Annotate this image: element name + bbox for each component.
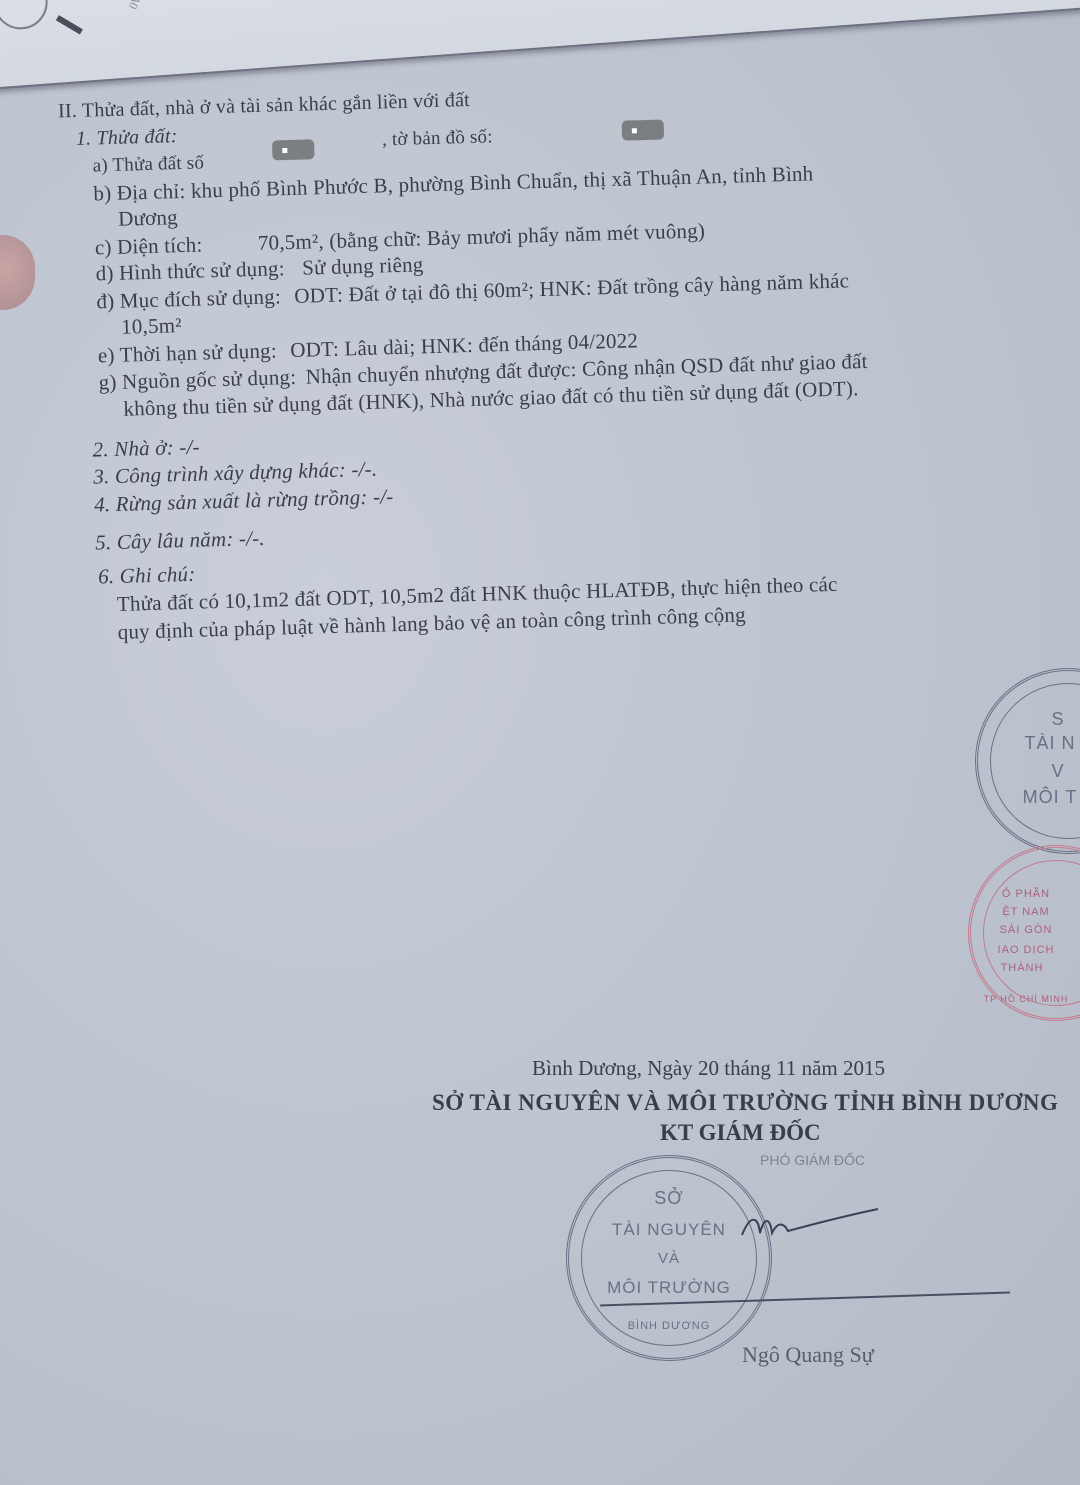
address-value-cont: Dương: [118, 205, 178, 232]
date-line: Bình Dương, Ngày 20 tháng 11 năm 2015: [532, 1056, 885, 1081]
seal-bottom: BÌNH DƯƠNG: [569, 1320, 769, 1332]
use-purpose-label: đ) Mục đích sử dụng:: [96, 284, 281, 313]
use-form-label: d) Hình thức sử dụng:: [95, 256, 285, 285]
perennial-trees-row: 5. Cây lâu năm: -/-.: [95, 526, 265, 556]
official-seal: SỞ TÀI NGUYÊN VÀ MÔI TRƯỜNG BÌNH DƯƠNG: [566, 1155, 772, 1361]
deputy-role: PHÓ GIÁM ĐỐC: [760, 1152, 865, 1168]
address-label: b) Địa chỉ:: [93, 179, 186, 206]
parcel-number-label: a) Thửa đất số: [92, 152, 204, 176]
other-works-value: -/-.: [351, 457, 378, 482]
signer-role: KT GIÁM ĐỐC: [660, 1120, 821, 1146]
use-form-value: Sử dụng riêng: [302, 252, 424, 279]
seal-line1: SỞ: [569, 1188, 769, 1209]
note-heading: 6. Ghi chú:: [98, 562, 196, 590]
margin-stamp-line2: TÀI N: [960, 733, 1080, 754]
bank-stamp-line3: SÀI GÒN: [941, 924, 1080, 936]
bank-stamp-bottom: TP HỒ CHÍ MINH: [941, 994, 1080, 1004]
bank-stamp-line4: IAO DỊCH: [941, 944, 1080, 956]
margin-stamp-line4: MÔI T: [960, 787, 1080, 808]
planted-forest-value: -/-: [373, 484, 394, 509]
agency-name: SỞ TÀI NGUYÊN VÀ MÔI TRƯỜNG TỈNH BÌNH DƯ…: [432, 1090, 1058, 1116]
use-term-label: e) Thời hạn sử dụng:: [98, 338, 278, 367]
perennial-trees-value: -/-.: [239, 526, 266, 551]
use-origin-label: g) Nguồn gốc sử dụng:: [98, 365, 296, 395]
parcel-number-redacted: [272, 139, 315, 160]
use-purpose-value-cont: 10,5m²: [121, 313, 182, 340]
housing-row: 2. Nhà ở: -/-: [92, 435, 200, 463]
housing-value: -/-: [179, 435, 200, 460]
map-sheet-label: , tờ bản đồ số:: [382, 126, 493, 151]
map-sheet-redacted: [622, 120, 665, 141]
bank-stamp-line2: ỆT NAM: [941, 906, 1080, 918]
pen-mark-icon: [56, 15, 83, 34]
bank-stamp-line1: Ổ PHẦN: [941, 888, 1080, 900]
parcel-heading: 1. Thửa đất:: [76, 125, 178, 151]
top-sheet-label: 0WRZ: [126, 0, 154, 12]
margin-stamp-line1: S: [968, 709, 1080, 730]
housing-label: 2. Nhà ở:: [92, 435, 174, 461]
area-label: c) Diện tích:: [95, 232, 203, 259]
circle-mark-icon: [0, 0, 49, 31]
signer-name: Ngô Quang Sự: [742, 1342, 874, 1368]
seal-line4: MÔI TRƯỜNG: [569, 1278, 769, 1298]
bank-stamp-line5: THÀNH: [937, 962, 1080, 974]
seal-line2: TÀI NGUYÊN: [569, 1220, 769, 1240]
seal-line3: VÀ: [569, 1250, 769, 1267]
parcel-number-row: a) Thửa đất số: [92, 152, 204, 177]
perennial-trees-label: 5. Cây lâu năm:: [95, 527, 234, 555]
margin-stamp-line3: V: [968, 761, 1080, 782]
handwritten-signature: [740, 1205, 880, 1245]
